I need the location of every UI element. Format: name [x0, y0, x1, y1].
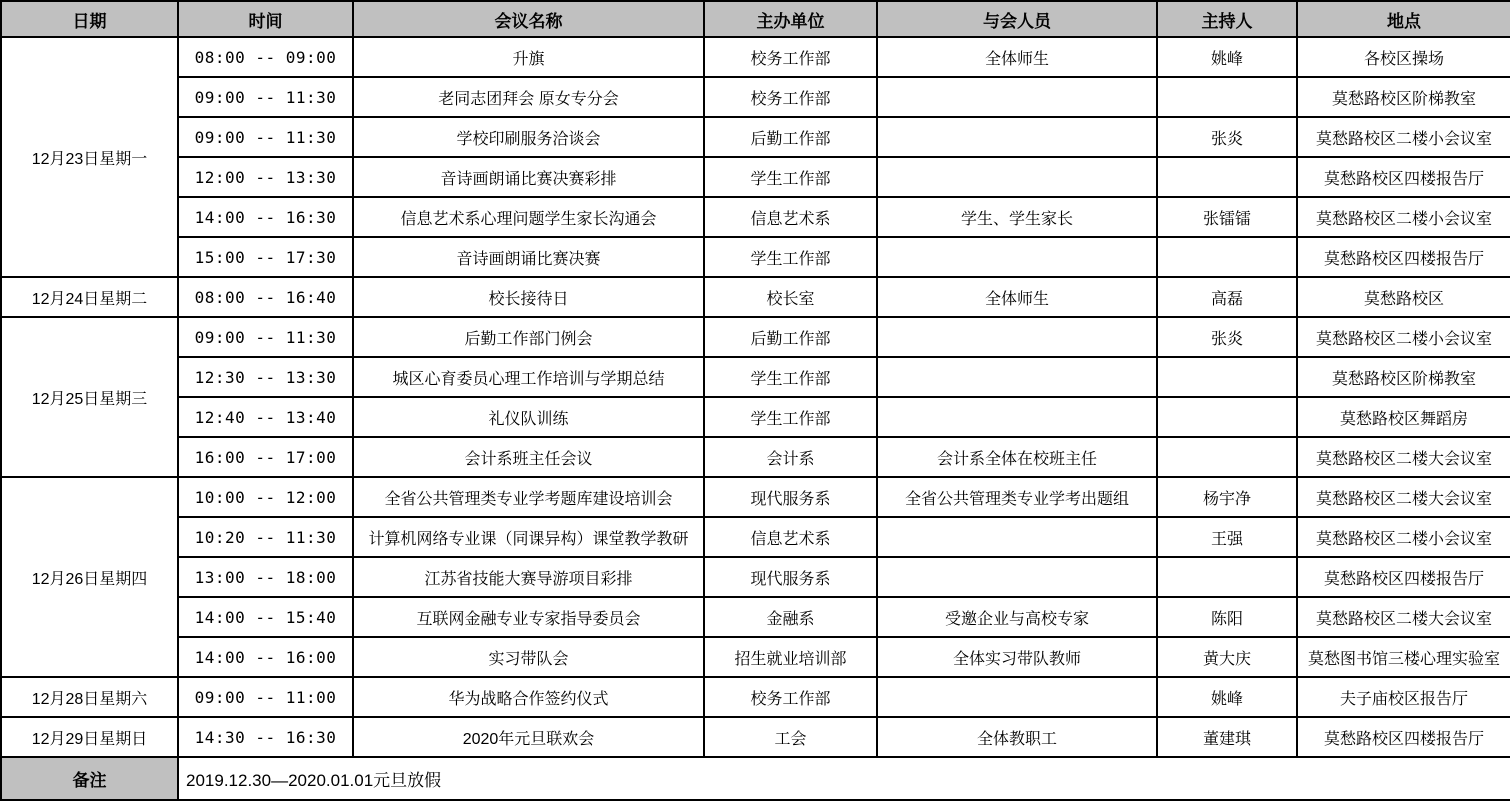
table-row: 12月25日星期三09:00 -- 11:30后勤工作部门例会后勤工作部张炎莫愁… — [1, 317, 1510, 357]
participants-cell — [877, 237, 1157, 277]
participants-cell — [877, 357, 1157, 397]
meeting-schedule-screen: 日期时间会议名称主办单位与会人员主持人地点 12月23日星期一08:00 -- … — [0, 0, 1510, 801]
time-cell: 12:30 -- 13:30 — [178, 357, 353, 397]
location-cell: 莫愁路校区舞蹈房 — [1297, 397, 1510, 437]
participants-cell: 全体教职工 — [877, 717, 1157, 757]
table-row: 12:30 -- 13:30城区心育委员心理工作培训与学期总结学生工作部莫愁路校… — [1, 357, 1510, 397]
time-cell: 12:00 -- 13:30 — [178, 157, 353, 197]
organizer-cell: 现代服务系 — [704, 477, 877, 517]
host-cell: 姚峰 — [1157, 37, 1297, 77]
time-cell: 14:30 -- 16:30 — [178, 717, 353, 757]
meeting-cell: 礼仪队训练 — [353, 397, 704, 437]
participants-cell: 全体师生 — [877, 277, 1157, 317]
organizer-cell: 后勤工作部 — [704, 117, 877, 157]
time-cell: 08:00 -- 09:00 — [178, 37, 353, 77]
location-cell: 莫愁路校区阶梯教室 — [1297, 357, 1510, 397]
organizer-cell: 学生工作部 — [704, 157, 877, 197]
meeting-cell: 会计系班主任会议 — [353, 437, 704, 477]
location-cell: 莫愁图书馆三楼心理实验室 — [1297, 637, 1510, 677]
participants-cell — [877, 317, 1157, 357]
time-cell: 13:00 -- 18:00 — [178, 557, 353, 597]
organizer-cell: 工会 — [704, 717, 877, 757]
column-header-4: 与会人员 — [877, 1, 1157, 37]
host-cell — [1157, 557, 1297, 597]
meeting-cell: 学校印刷服务洽谈会 — [353, 117, 704, 157]
time-cell: 14:00 -- 15:40 — [178, 597, 353, 637]
column-header-5: 主持人 — [1157, 1, 1297, 37]
participants-cell — [877, 397, 1157, 437]
organizer-cell: 校务工作部 — [704, 77, 877, 117]
host-cell: 张炎 — [1157, 117, 1297, 157]
time-cell: 09:00 -- 11:30 — [178, 117, 353, 157]
meeting-schedule-table: 日期时间会议名称主办单位与会人员主持人地点 12月23日星期一08:00 -- … — [0, 0, 1510, 801]
meeting-cell: 2020年元旦联欢会 — [353, 717, 704, 757]
organizer-cell: 会计系 — [704, 437, 877, 477]
meeting-cell: 升旗 — [353, 37, 704, 77]
table-row: 14:00 -- 16:00实习带队会招生就业培训部全体实习带队教师黄大庆莫愁图… — [1, 637, 1510, 677]
organizer-cell: 学生工作部 — [704, 237, 877, 277]
location-cell: 莫愁路校区二楼大会议室 — [1297, 477, 1510, 517]
host-cell: 杨宇净 — [1157, 477, 1297, 517]
note-text: 2019.12.30—2020.01.01元旦放假 — [178, 757, 1510, 800]
location-cell: 莫愁路校区二楼大会议室 — [1297, 597, 1510, 637]
column-header-1: 时间 — [178, 1, 353, 37]
meeting-cell: 计算机网络专业课（同课异构）课堂教学教研 — [353, 517, 704, 557]
location-cell: 莫愁路校区四楼报告厅 — [1297, 157, 1510, 197]
table-row: 14:00 -- 15:40互联网金融专业专家指导委员会金融系受邀企业与高校专家… — [1, 597, 1510, 637]
time-cell: 09:00 -- 11:00 — [178, 677, 353, 717]
meeting-cell: 城区心育委员心理工作培训与学期总结 — [353, 357, 704, 397]
host-cell — [1157, 77, 1297, 117]
location-cell: 莫愁路校区二楼小会议室 — [1297, 117, 1510, 157]
host-cell: 高磊 — [1157, 277, 1297, 317]
organizer-cell: 校务工作部 — [704, 677, 877, 717]
table-row: 09:00 -- 11:30老同志团拜会 原女专分会校务工作部莫愁路校区阶梯教室 — [1, 77, 1510, 117]
meeting-cell: 江苏省技能大赛导游项目彩排 — [353, 557, 704, 597]
participants-cell — [877, 677, 1157, 717]
date-cell: 12月25日星期三 — [1, 317, 178, 477]
host-cell — [1157, 237, 1297, 277]
time-cell: 12:40 -- 13:40 — [178, 397, 353, 437]
location-cell: 莫愁路校区四楼报告厅 — [1297, 557, 1510, 597]
meeting-cell: 互联网金融专业专家指导委员会 — [353, 597, 704, 637]
time-cell: 15:00 -- 17:30 — [178, 237, 353, 277]
organizer-cell: 信息艺术系 — [704, 197, 877, 237]
table-row: 12月26日星期四10:00 -- 12:00全省公共管理类专业学考题库建设培训… — [1, 477, 1510, 517]
organizer-cell: 校长室 — [704, 277, 877, 317]
date-cell: 12月26日星期四 — [1, 477, 178, 677]
table-row: 12:00 -- 13:30音诗画朗诵比赛决赛彩排学生工作部莫愁路校区四楼报告厅 — [1, 157, 1510, 197]
table-row: 13:00 -- 18:00江苏省技能大赛导游项目彩排现代服务系莫愁路校区四楼报… — [1, 557, 1510, 597]
note-label: 备注 — [1, 757, 178, 800]
date-cell: 12月29日星期日 — [1, 717, 178, 757]
organizer-cell: 学生工作部 — [704, 397, 877, 437]
participants-cell — [877, 517, 1157, 557]
header-row: 日期时间会议名称主办单位与会人员主持人地点 — [1, 1, 1510, 37]
table-row: 12月29日星期日14:30 -- 16:302020年元旦联欢会工会全体教职工… — [1, 717, 1510, 757]
host-cell: 董建琪 — [1157, 717, 1297, 757]
organizer-cell: 校务工作部 — [704, 37, 877, 77]
table-row: 14:00 -- 16:30信息艺术系心理问题学生家长沟通会信息艺术系学生、学生… — [1, 197, 1510, 237]
meeting-cell: 华为战略合作签约仪式 — [353, 677, 704, 717]
meeting-cell: 音诗画朗诵比赛决赛 — [353, 237, 704, 277]
table-row: 12月24日星期二08:00 -- 16:40校长接待日校长室全体师生高磊莫愁路… — [1, 277, 1510, 317]
location-cell: 莫愁路校区阶梯教室 — [1297, 77, 1510, 117]
participants-cell: 全体师生 — [877, 37, 1157, 77]
host-cell: 姚峰 — [1157, 677, 1297, 717]
time-cell: 10:00 -- 12:00 — [178, 477, 353, 517]
date-cell: 12月28日星期六 — [1, 677, 178, 717]
location-cell: 夫子庙校区报告厅 — [1297, 677, 1510, 717]
time-cell: 16:00 -- 17:00 — [178, 437, 353, 477]
note-row: 备注 2019.12.30—2020.01.01元旦放假 — [1, 757, 1510, 800]
time-cell: 09:00 -- 11:30 — [178, 317, 353, 357]
host-cell — [1157, 397, 1297, 437]
host-cell: 张镭镭 — [1157, 197, 1297, 237]
organizer-cell: 招生就业培训部 — [704, 637, 877, 677]
time-cell: 14:00 -- 16:30 — [178, 197, 353, 237]
table-row: 12月23日星期一08:00 -- 09:00升旗校务工作部全体师生姚峰各校区操… — [1, 37, 1510, 77]
meeting-cell: 实习带队会 — [353, 637, 704, 677]
date-cell: 12月24日星期二 — [1, 277, 178, 317]
participants-cell — [877, 77, 1157, 117]
time-cell: 14:00 -- 16:00 — [178, 637, 353, 677]
meeting-cell: 后勤工作部门例会 — [353, 317, 704, 357]
meeting-cell: 老同志团拜会 原女专分会 — [353, 77, 704, 117]
meeting-cell: 音诗画朗诵比赛决赛彩排 — [353, 157, 704, 197]
column-header-3: 主办单位 — [704, 1, 877, 37]
host-cell — [1157, 357, 1297, 397]
host-cell — [1157, 157, 1297, 197]
organizer-cell: 后勤工作部 — [704, 317, 877, 357]
host-cell: 张炎 — [1157, 317, 1297, 357]
host-cell: 陈阳 — [1157, 597, 1297, 637]
table-row: 09:00 -- 11:30学校印刷服务洽谈会后勤工作部张炎莫愁路校区二楼小会议… — [1, 117, 1510, 157]
participants-cell: 受邀企业与高校专家 — [877, 597, 1157, 637]
host-cell — [1157, 437, 1297, 477]
table-row: 10:20 -- 11:30计算机网络专业课（同课异构）课堂教学教研信息艺术系王… — [1, 517, 1510, 557]
time-cell: 09:00 -- 11:30 — [178, 77, 353, 117]
location-cell: 各校区操场 — [1297, 37, 1510, 77]
table-row: 12:40 -- 13:40礼仪队训练学生工作部莫愁路校区舞蹈房 — [1, 397, 1510, 437]
organizer-cell: 信息艺术系 — [704, 517, 877, 557]
meeting-cell: 全省公共管理类专业学考题库建设培训会 — [353, 477, 704, 517]
schedule-body: 12月23日星期一08:00 -- 09:00升旗校务工作部全体师生姚峰各校区操… — [1, 37, 1510, 757]
host-cell: 黄大庆 — [1157, 637, 1297, 677]
participants-cell: 学生、学生家长 — [877, 197, 1157, 237]
table-row: 16:00 -- 17:00会计系班主任会议会计系会计系全体在校班主任莫愁路校区… — [1, 437, 1510, 477]
organizer-cell: 学生工作部 — [704, 357, 877, 397]
column-header-6: 地点 — [1297, 1, 1510, 37]
time-cell: 08:00 -- 16:40 — [178, 277, 353, 317]
participants-cell: 全体实习带队教师 — [877, 637, 1157, 677]
location-cell: 莫愁路校区二楼小会议室 — [1297, 317, 1510, 357]
participants-cell: 全省公共管理类专业学考出题组 — [877, 477, 1157, 517]
location-cell: 莫愁路校区二楼小会议室 — [1297, 517, 1510, 557]
meeting-cell: 校长接待日 — [353, 277, 704, 317]
participants-cell — [877, 557, 1157, 597]
table-row: 15:00 -- 17:30音诗画朗诵比赛决赛学生工作部莫愁路校区四楼报告厅 — [1, 237, 1510, 277]
location-cell: 莫愁路校区四楼报告厅 — [1297, 717, 1510, 757]
table-footer: 备注 2019.12.30—2020.01.01元旦放假 — [1, 757, 1510, 800]
location-cell: 莫愁路校区二楼大会议室 — [1297, 437, 1510, 477]
location-cell: 莫愁路校区二楼小会议室 — [1297, 197, 1510, 237]
location-cell: 莫愁路校区 — [1297, 277, 1510, 317]
table-row: 12月28日星期六09:00 -- 11:00华为战略合作签约仪式校务工作部姚峰… — [1, 677, 1510, 717]
time-cell: 10:20 -- 11:30 — [178, 517, 353, 557]
date-cell: 12月23日星期一 — [1, 37, 178, 277]
column-header-2: 会议名称 — [353, 1, 704, 37]
column-header-0: 日期 — [1, 1, 178, 37]
participants-cell — [877, 157, 1157, 197]
host-cell: 王强 — [1157, 517, 1297, 557]
table-header: 日期时间会议名称主办单位与会人员主持人地点 — [1, 1, 1510, 37]
location-cell: 莫愁路校区四楼报告厅 — [1297, 237, 1510, 277]
participants-cell: 会计系全体在校班主任 — [877, 437, 1157, 477]
organizer-cell: 金融系 — [704, 597, 877, 637]
meeting-cell: 信息艺术系心理问题学生家长沟通会 — [353, 197, 704, 237]
participants-cell — [877, 117, 1157, 157]
organizer-cell: 现代服务系 — [704, 557, 877, 597]
